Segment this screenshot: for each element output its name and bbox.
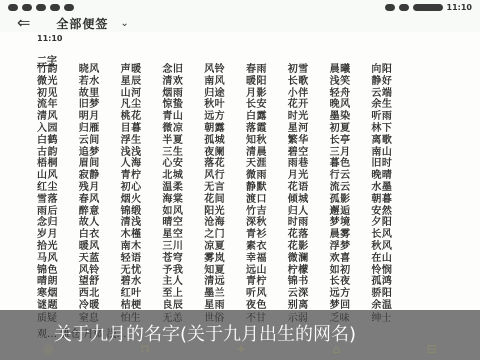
word-cell: 浮生 [121, 135, 163, 147]
word-cell: 红叶 [121, 288, 163, 300]
grid-icon[interactable]: ⊟ [427, 342, 437, 356]
word-cell: 孤城 [204, 135, 246, 147]
word-cell: 深秋 [246, 217, 288, 229]
word-cell: 孤鸿 [371, 276, 413, 288]
word-cell: 雨后 [37, 206, 79, 218]
word-cell: 三生 [162, 147, 204, 159]
word-cell: 如初 [330, 265, 372, 277]
word-cell: 清晨 [246, 147, 288, 159]
word-cell: 凡尘 [121, 99, 163, 111]
word-cell: 夕阳 [371, 217, 413, 229]
word-cell: 锦书 [288, 276, 330, 288]
word-cell: 云端 [371, 88, 413, 100]
word-cell: 朝露 [204, 123, 246, 135]
word-cell: 海棠 [162, 194, 204, 206]
word-cell: 暖阳 [246, 76, 288, 88]
word-cell: 锦缎 [121, 206, 163, 218]
word-cell: 苍穹 [162, 253, 204, 265]
word-cell: 落花 [204, 158, 246, 170]
word-cell: 清浅 [121, 217, 163, 229]
word-cell: 温柔 [162, 182, 204, 194]
add-icon[interactable]: + [236, 342, 246, 356]
word-cell: 故里 [79, 88, 121, 100]
status-bar: 11:10 [0, 0, 480, 14]
word-cell: 望舒 [79, 276, 121, 288]
word-cell: 知秋 [246, 135, 288, 147]
word-cell: 念归 [37, 217, 79, 229]
word-cell: 马风 [37, 253, 79, 265]
word-cell: 绅士 [371, 313, 413, 325]
word-cell: 月影 [246, 88, 288, 100]
word-cell: 归途 [204, 88, 246, 100]
word-cell: 轻语 [121, 253, 163, 265]
word-cell: 残月 [79, 182, 121, 194]
word-cell: 远山 [246, 265, 288, 277]
word-cell: 晨曦 [330, 64, 372, 76]
status-right: 11:10 [385, 3, 472, 12]
eye-icon[interactable]: ◎ [43, 342, 53, 356]
word-cell: 风铃 [204, 64, 246, 76]
word-cell: 明月 [79, 111, 121, 123]
word-cell: 初夏 [330, 123, 372, 135]
word-cell: 骄阳 [371, 288, 413, 300]
word-cell: 水墨 [371, 182, 413, 194]
word-cell: 烟雨 [162, 88, 204, 100]
word-cell: 青柠 [246, 276, 288, 288]
word-grid: 竹韵晓风声暖念旧风铃春雨初雪晨曦向阳微光若水星辰清欢南风暖阳长歌浅笑静好初见故里… [37, 64, 417, 312]
word-cell: 主人 [162, 276, 204, 288]
word-cell: 予我 [162, 265, 204, 277]
word-cell: 岁月 [37, 229, 79, 241]
word-cell: 远方 [204, 111, 246, 123]
clipboard-icon[interactable]: ⊓ [140, 342, 149, 356]
status-left-icons [8, 4, 74, 11]
word-cell: 墨兰 [204, 288, 246, 300]
word-cell: 风铃 [79, 265, 121, 277]
notification-icon [8, 4, 18, 11]
wifi-icon [399, 4, 409, 11]
word-cell: 长歌 [288, 76, 330, 88]
note-time: 11:10 [37, 34, 62, 43]
word-cell: 余生 [371, 99, 413, 111]
word-cell: 倾城 [288, 194, 330, 206]
word-cell: 春雨 [246, 64, 288, 76]
word-cell: 凉夏 [204, 241, 246, 253]
word-cell: 小伴 [288, 88, 330, 100]
bottom-toolbar: ◎ ⊓ + ⌂ ⊟ [0, 338, 480, 360]
word-cell: 长风 [371, 229, 413, 241]
word-cell: 清欢 [162, 76, 204, 88]
word-cell: 远方 [330, 288, 372, 300]
word-cell: 红尘 [37, 182, 79, 194]
word-cell: 半夏 [162, 135, 204, 147]
word-cell: 沧海 [204, 217, 246, 229]
notification-icon [36, 4, 46, 11]
word-cell: 山河 [121, 88, 163, 100]
status-clock: 11:10 [447, 3, 472, 12]
word-cell: 目暮 [121, 123, 163, 135]
word-cell: 初雪 [288, 64, 330, 76]
word-cell: 安然 [371, 206, 413, 218]
word-cell: 初见 [37, 88, 79, 100]
word-cell: 碧空 [288, 147, 330, 159]
word-cell: 雨巷 [288, 158, 330, 170]
word-cell: 旧梦 [79, 99, 121, 111]
word-cell: 浮梦 [330, 241, 372, 253]
notification-icon [50, 4, 60, 11]
word-cell: 三月 [330, 147, 372, 159]
word-cell: 南山 [371, 147, 413, 159]
word-cell: 竹韵 [37, 64, 79, 76]
word-cell: 至上 [162, 288, 204, 300]
word-cell: 若水 [79, 76, 121, 88]
word-cell: 素衣 [246, 241, 288, 253]
signal-icon [385, 4, 395, 11]
back-arrow-icon[interactable]: ⇐ [17, 15, 30, 31]
word-cell: 月光 [288, 170, 330, 182]
word-cell: 碧水 [121, 276, 163, 288]
word-cell: 暮色 [330, 158, 372, 170]
word-cell: 天涯 [246, 158, 288, 170]
notification-icon [22, 4, 32, 11]
bell-icon[interactable]: ⌂ [333, 342, 341, 356]
word-cell: 听风 [246, 288, 288, 300]
word-cell: 花落 [288, 229, 330, 241]
word-cell: 雪落 [37, 194, 79, 206]
word-cell: 白衣 [79, 229, 121, 241]
word-cell: 暖风 [79, 241, 121, 253]
word-cell: 知夏 [204, 265, 246, 277]
word-cell: 惊蛰 [162, 99, 204, 111]
word-cell: 天蓝 [79, 253, 121, 265]
word-cell: 星空 [162, 229, 204, 241]
word-cell: 向阳 [371, 64, 413, 76]
word-cell: 花语 [288, 182, 330, 194]
word-cell: 入园 [37, 123, 79, 135]
word-cell: 怜悯 [371, 265, 413, 277]
word-cell: 微凉 [162, 123, 204, 135]
word-cell: 声暖 [121, 64, 163, 76]
word-cell: 初心 [121, 182, 163, 194]
word-cell: 晓风 [79, 64, 121, 76]
word-cell: 青柠 [121, 170, 163, 182]
word-cell: 木槿 [121, 229, 163, 241]
word-cell: 微澜 [288, 253, 330, 265]
word-cell: 人海 [121, 158, 163, 170]
word-cell: 离歌 [371, 135, 413, 147]
word-cell: 花间 [204, 194, 246, 206]
word-cell: 三川 [162, 241, 204, 253]
word-cell: 云深 [288, 288, 330, 300]
word-cell: 落霞 [246, 123, 288, 135]
word-cell: 晴空 [162, 217, 204, 229]
word-cell: 浅笑 [330, 76, 372, 88]
chevron-down-icon[interactable]: ⌄ [120, 18, 128, 29]
word-cell: 长夜 [330, 276, 372, 288]
word-cell: 晚晴 [371, 170, 413, 182]
word-cell: 念旧 [162, 64, 204, 76]
word-cell: 长安 [246, 99, 288, 111]
word-cell: 春风 [79, 194, 121, 206]
word-cell: 青山 [162, 111, 204, 123]
word-cell: 秋风 [371, 241, 413, 253]
word-cell: 西北 [79, 288, 121, 300]
word-cell: 微光 [37, 76, 79, 88]
word-cell: 云间 [79, 135, 121, 147]
word-cell: 轻舟 [330, 88, 372, 100]
word-cell: 时雨 [288, 217, 330, 229]
word-cell: 南木 [121, 241, 163, 253]
word-cell: 之门 [204, 229, 246, 241]
word-cell: 长亭 [330, 135, 372, 147]
word-cell: 繁华 [288, 135, 330, 147]
word-cell: 烟火 [121, 194, 163, 206]
word-cell: 寒烟 [37, 288, 79, 300]
notification-icon [64, 4, 74, 11]
word-cell: 山风 [37, 170, 79, 182]
word-cell: 白鹤 [37, 135, 79, 147]
word-cell: 白露 [246, 111, 288, 123]
word-cell: 心安 [162, 158, 204, 170]
word-cell: 柠檬 [288, 265, 330, 277]
word-cell: 如风 [162, 206, 204, 218]
word-cell: 星河 [288, 123, 330, 135]
word-cell: 欢喜 [330, 253, 372, 265]
word-cell: 微雨 [246, 170, 288, 182]
word-cell: 拾光 [37, 241, 79, 253]
word-cell: 醉意 [79, 206, 121, 218]
word-cell: 归雁 [79, 123, 121, 135]
word-cell: 晴朗 [37, 276, 79, 288]
word-cell: 行云 [330, 170, 372, 182]
word-cell: 桃花 [121, 111, 163, 123]
word-cell: 浅浅 [121, 147, 163, 159]
word-cell: 时光 [288, 111, 330, 123]
word-cell: 听雨 [371, 111, 413, 123]
word-cell: 无忧 [121, 265, 163, 277]
word-cell: 花影 [288, 241, 330, 253]
word-cell: 流年 [37, 99, 79, 111]
word-cell: 流云 [330, 182, 372, 194]
word-cell: 墨染 [330, 111, 372, 123]
word-cell: 南风 [204, 76, 246, 88]
word-cell: 阳光 [204, 206, 246, 218]
word-cell: 星辰 [121, 76, 163, 88]
word-cell: 青衫 [246, 229, 288, 241]
word-cell: 无言 [204, 182, 246, 194]
word-cell: 雾岚 [204, 253, 246, 265]
word-cell: 北城 [162, 170, 204, 182]
header: ⇐ 全部便签 ⌄ [0, 14, 480, 32]
word-cell: 古韵 [37, 147, 79, 159]
word-cell: 归人 [288, 206, 330, 218]
battery-icon [413, 4, 443, 11]
word-cell: 晨雾 [330, 229, 372, 241]
page-title[interactable]: 全部便签 [56, 15, 108, 32]
word-cell: 梧桐 [37, 158, 79, 170]
word-cell: 眉间 [79, 158, 121, 170]
word-cell: 朝暮 [371, 194, 413, 206]
word-cell: 竹吉 [246, 206, 288, 218]
word-cell: 林下 [371, 123, 413, 135]
word-cell: 清风 [37, 111, 79, 123]
word-cell: 清远 [204, 276, 246, 288]
word-cell: 渡口 [246, 194, 288, 206]
word-cell: 风行 [204, 170, 246, 182]
word-cell: 在山 [371, 253, 413, 265]
word-cell: 静好 [371, 76, 413, 88]
word-cell: 孤影 [330, 194, 372, 206]
word-cell: 故人 [79, 217, 121, 229]
word-cell: 追梦 [79, 147, 121, 159]
word-cell: 旧时 [371, 158, 413, 170]
word-cell: 晚风 [330, 99, 372, 111]
word-cell: 静默 [246, 182, 288, 194]
word-cell: 幸福 [246, 253, 288, 265]
word-cell: 秋叶 [204, 99, 246, 111]
word-cell: 锦色 [37, 265, 79, 277]
word-cell: 寂静 [79, 170, 121, 182]
word-cell: 花开 [288, 99, 330, 111]
word-cell: 梦境 [330, 217, 372, 229]
word-cell: 邂逅 [330, 206, 372, 218]
word-cell: 夜阑 [204, 147, 246, 159]
